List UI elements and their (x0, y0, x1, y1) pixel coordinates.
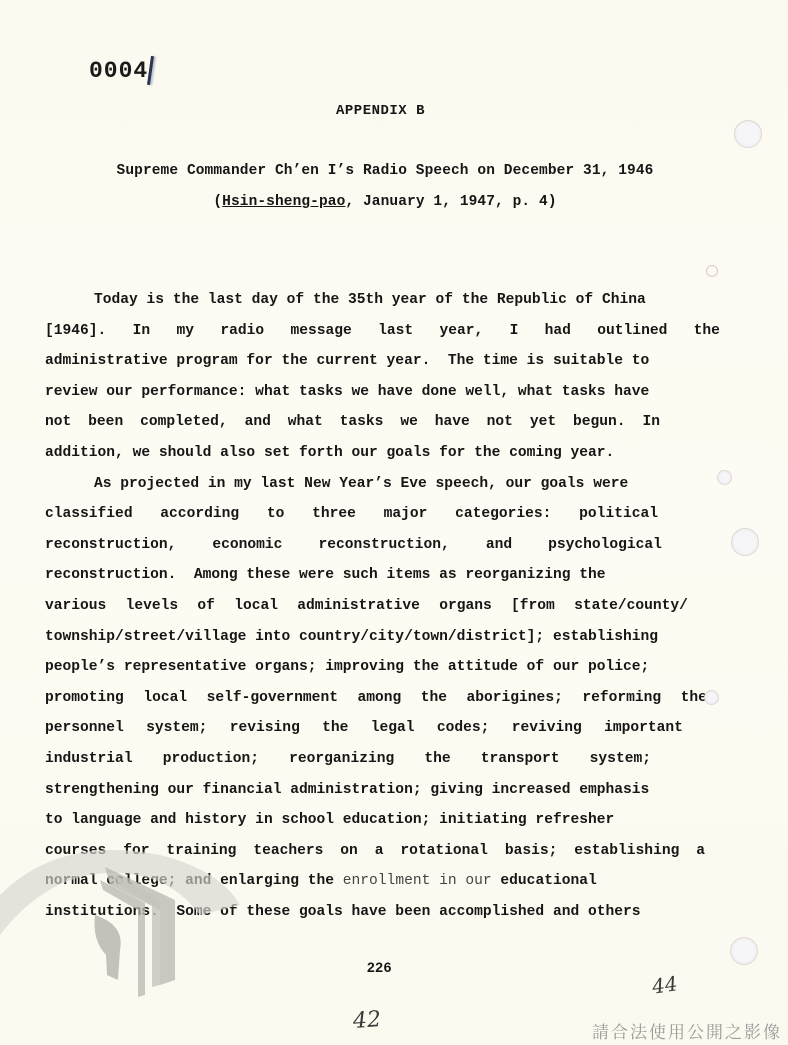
word: outlined (597, 316, 667, 347)
word: system; (146, 713, 207, 744)
body-line-6: As projected in my last New Year’s Eve s… (45, 469, 720, 500)
source-open-paren: ( (213, 194, 222, 210)
word: have (435, 407, 470, 438)
word: not (487, 407, 513, 438)
hole-punch-1 (734, 120, 762, 148)
page-number: 226 (367, 959, 392, 975)
word: to (267, 499, 285, 530)
word: transport (481, 744, 560, 775)
body-line-3: review our performance: what tasks we ha… (45, 377, 720, 408)
body-line-18: coursesfortrainingteachersonarotationalb… (45, 836, 705, 867)
document-number: 0004 (89, 58, 148, 84)
body-line-19-part-a: normal college; and enlarging the (45, 873, 334, 889)
word: organs (439, 591, 492, 622)
speech-title: Supreme Commander Ch’en I’s Radio Speech… (0, 163, 779, 179)
hole-punch-4 (704, 690, 719, 705)
word: production; (163, 744, 259, 775)
speech-source: (Hsin-sheng-pao, January 1, 1947, p. 4) (0, 194, 779, 210)
word: reviving (512, 713, 582, 744)
word: local (234, 591, 278, 622)
word: industrial (45, 744, 133, 775)
body-line-2: administrative program for the current y… (45, 346, 720, 377)
word: I (510, 316, 519, 347)
word: of (197, 591, 215, 622)
word: three (312, 499, 356, 530)
word: political (579, 499, 658, 530)
word: completed, (140, 407, 228, 438)
word: message (290, 316, 351, 347)
word: [from (511, 591, 555, 622)
body-line-17: to language and history in school educat… (45, 805, 720, 836)
word: according (160, 499, 239, 530)
word: self-government (207, 683, 338, 714)
word: categories: (455, 499, 551, 530)
source-newspaper-name: Hsin-sheng-pao (222, 194, 345, 210)
word: we (400, 407, 418, 438)
word: what (288, 407, 323, 438)
body-line-0: Today is the last day of the 35th year o… (45, 285, 720, 316)
word: among (357, 683, 401, 714)
word: rotational (400, 836, 488, 867)
source-date-page: , January 1, 1947, p. 4) (345, 194, 556, 210)
word: aborigines; (467, 683, 563, 714)
word: reconstruction, (45, 530, 176, 561)
body-line-20: institutions. Some of these goals have b… (45, 897, 720, 928)
body-line-15: industrialproduction;reorganizingthetran… (45, 744, 651, 775)
word: begun. (573, 407, 626, 438)
archive-watermark-text: 請合法使用公開之影像 (592, 1018, 782, 1043)
document-page: 0004 APPENDIX B Supreme Commander Ch’en … (0, 0, 788, 1045)
word: the (322, 713, 348, 744)
body-line-14: personnelsystem;revisingthelegalcodes;re… (45, 713, 683, 744)
word: the (424, 744, 450, 775)
paper-speck (706, 265, 718, 277)
body-line-16: strengthening our financial administrati… (45, 775, 720, 806)
word: yet (530, 407, 556, 438)
word: revising (230, 713, 300, 744)
body-line-7: classifiedaccordingtothreemajorcategorie… (45, 499, 658, 530)
word: local (143, 683, 187, 714)
body-line-1: [1946].Inmyradiomessagelastyear,Ihadoutl… (45, 316, 720, 347)
word: and (245, 407, 271, 438)
appendix-title: APPENDIX B (336, 103, 425, 119)
body-line-12: people’s representative organs; improvin… (45, 652, 720, 683)
word: radio (220, 316, 264, 347)
word: the (694, 316, 720, 347)
word: basis; (505, 836, 558, 867)
word: year, (439, 316, 483, 347)
word: classified (45, 499, 133, 530)
word: and (486, 530, 512, 561)
word: last (378, 316, 413, 347)
word: for (123, 836, 149, 867)
word: training (166, 836, 236, 867)
word: system; (590, 744, 651, 775)
body-line-9: reconstruction. Among these were such it… (45, 560, 720, 591)
body-line-8: reconstruction,economicreconstruction,an… (45, 530, 662, 561)
handwritten-annotation-44: 44 (650, 971, 679, 998)
body-line-13: promotinglocalself-governmentamongtheabo… (45, 683, 707, 714)
word: reorganizing (289, 744, 394, 775)
body-line-19-faint-part: enrollment in our (334, 873, 492, 889)
word: teachers (253, 836, 323, 867)
word: important (604, 713, 683, 744)
word: economic (212, 530, 282, 561)
word: levels (126, 591, 179, 622)
handwritten-annotation-42: 42 (352, 1007, 382, 1034)
word: tasks (340, 407, 384, 438)
word: been (88, 407, 123, 438)
body-line-4: notbeencompleted,andwhattaskswehavenotye… (45, 407, 660, 438)
word: reforming (582, 683, 661, 714)
hole-punch-3 (731, 528, 759, 556)
speech-body: Today is the last day of the 35th year o… (45, 285, 720, 927)
word: state/county/ (574, 591, 688, 622)
word: promoting (45, 683, 124, 714)
word: legal (371, 713, 415, 744)
word: reconstruction, (318, 530, 449, 561)
word: a (375, 836, 384, 867)
body-line-11: township/street/village into country/cit… (45, 622, 720, 653)
word: a (696, 836, 705, 867)
word: the (681, 683, 707, 714)
body-line-5: addition, we should also set forth our g… (45, 438, 720, 469)
hole-punch-5 (730, 937, 758, 965)
word: establishing (574, 836, 679, 867)
word: personnel (45, 713, 124, 744)
word: psychological (548, 530, 662, 561)
word: administrative (297, 591, 420, 622)
body-line-19: normal college; and enlarging the enroll… (45, 866, 720, 897)
word: not (45, 407, 71, 438)
word: various (45, 591, 106, 622)
word: on (340, 836, 358, 867)
body-line-10: variouslevelsoflocaladministrativeorgans… (45, 591, 688, 622)
word: the (421, 683, 447, 714)
word: In (133, 316, 151, 347)
word: my (176, 316, 194, 347)
hole-punch-2 (717, 470, 732, 485)
word: courses (45, 836, 106, 867)
word: major (384, 499, 428, 530)
word: codes; (437, 713, 490, 744)
word: had (545, 316, 571, 347)
word: [1946]. (45, 316, 106, 347)
word: In (642, 407, 660, 438)
body-line-19-part-c: educational (492, 873, 597, 889)
